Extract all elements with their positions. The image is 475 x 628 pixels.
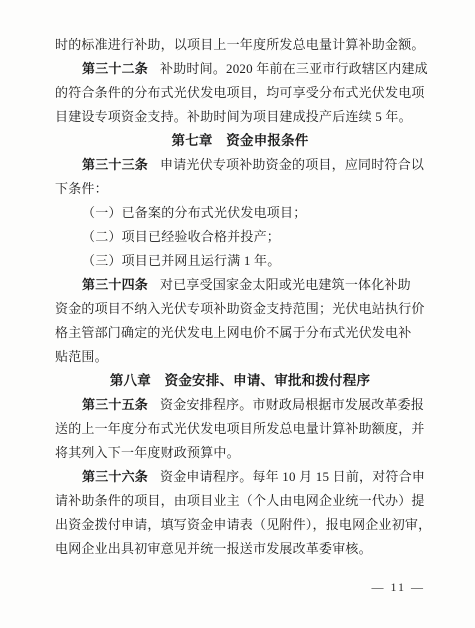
text-line: 出资金拨付申请，填写资金申请表（见附件），报电网企业初审，: [55, 513, 425, 537]
text-line: 资金的项目不纳入光伏专项补助资金支持范围；光伏电站执行价: [55, 297, 425, 321]
text-line: 下条件：: [55, 177, 425, 201]
article-line: 第三十四条对已享受国家金太阳或光电建筑一体化补助: [55, 273, 425, 297]
text-line: 格主管部门确定的光伏发电上网电价不属于分布式光伏发电补: [55, 321, 425, 345]
list-item-3: （三）项目已并网且运行满 1 年。: [55, 249, 425, 273]
article-number: 第三十二条: [82, 61, 148, 76]
document-body: 时的标准进行补助，以项目上一年度所发总电量计算补助金额。 第三十二条补助时间。2…: [55, 33, 425, 561]
article-text: 申请光伏专项补助资金的项目，应同时符合以: [160, 157, 424, 172]
text-line: 送的上一年度分布式光伏发电项目所发总电量计算补助额度，并: [55, 417, 425, 441]
article-text: 资金申请程序。每年 10 月 15 日前，对符合申: [160, 469, 425, 484]
article-text: 资金安排程序。市财政局根据市发展改革委报: [160, 397, 424, 412]
list-item-2: （二）项目已经验收合格并投产；: [55, 225, 425, 249]
article-line: 第三十三条申请光伏专项补助资金的项目，应同时符合以: [55, 153, 425, 177]
text-line: 电网企业出具初审意见并统一报送市发展改革委审核。: [55, 537, 425, 561]
article-line: 第三十五条资金安排程序。市财政局根据市发展改革委报: [55, 393, 425, 417]
text-line: 目建设专项资金支持。补助时间为项目建成投产后连续 5 年。: [55, 105, 425, 129]
list-item-1: （一）已备案的分布式光伏发电项目；: [55, 201, 425, 225]
article-line: 第三十六条资金申请程序。每年 10 月 15 日前，对符合申: [55, 465, 425, 489]
text-line: 的符合条件的分布式光伏发电项目，均可享受分布式光伏发电项: [55, 81, 425, 105]
article-number: 第三十六条: [82, 469, 148, 484]
article-number: 第三十四条: [82, 277, 148, 292]
article-line: 第三十二条补助时间。2020 年前在三亚市行政辖区内建成: [55, 57, 425, 81]
document-page: 时的标准进行补助，以项目上一年度所发总电量计算补助金额。 第三十二条补助时间。2…: [0, 0, 475, 628]
chapter-heading-8: 第八章 资金安排、申请、审批和拨付程序: [55, 369, 425, 393]
article-number: 第三十三条: [82, 157, 148, 172]
text-line: 请补助条件的项目，由项目业主（个人由电网企业统一代办）提: [55, 489, 425, 513]
article-number: 第三十五条: [82, 397, 148, 412]
text-line: 贴范围。: [55, 345, 425, 369]
text-line: 将其列入下一年度财政预算中。: [55, 441, 425, 465]
text-line: 时的标准进行补助，以项目上一年度所发总电量计算补助金额。: [55, 33, 425, 57]
article-text: 对已享受国家金太阳或光电建筑一体化补助: [160, 277, 411, 292]
article-text: 补助时间。2020 年前在三亚市行政辖区内建成: [160, 61, 428, 76]
page-number: — 11 —: [371, 579, 425, 595]
chapter-heading-7: 第七章 资金申报条件: [55, 129, 425, 153]
